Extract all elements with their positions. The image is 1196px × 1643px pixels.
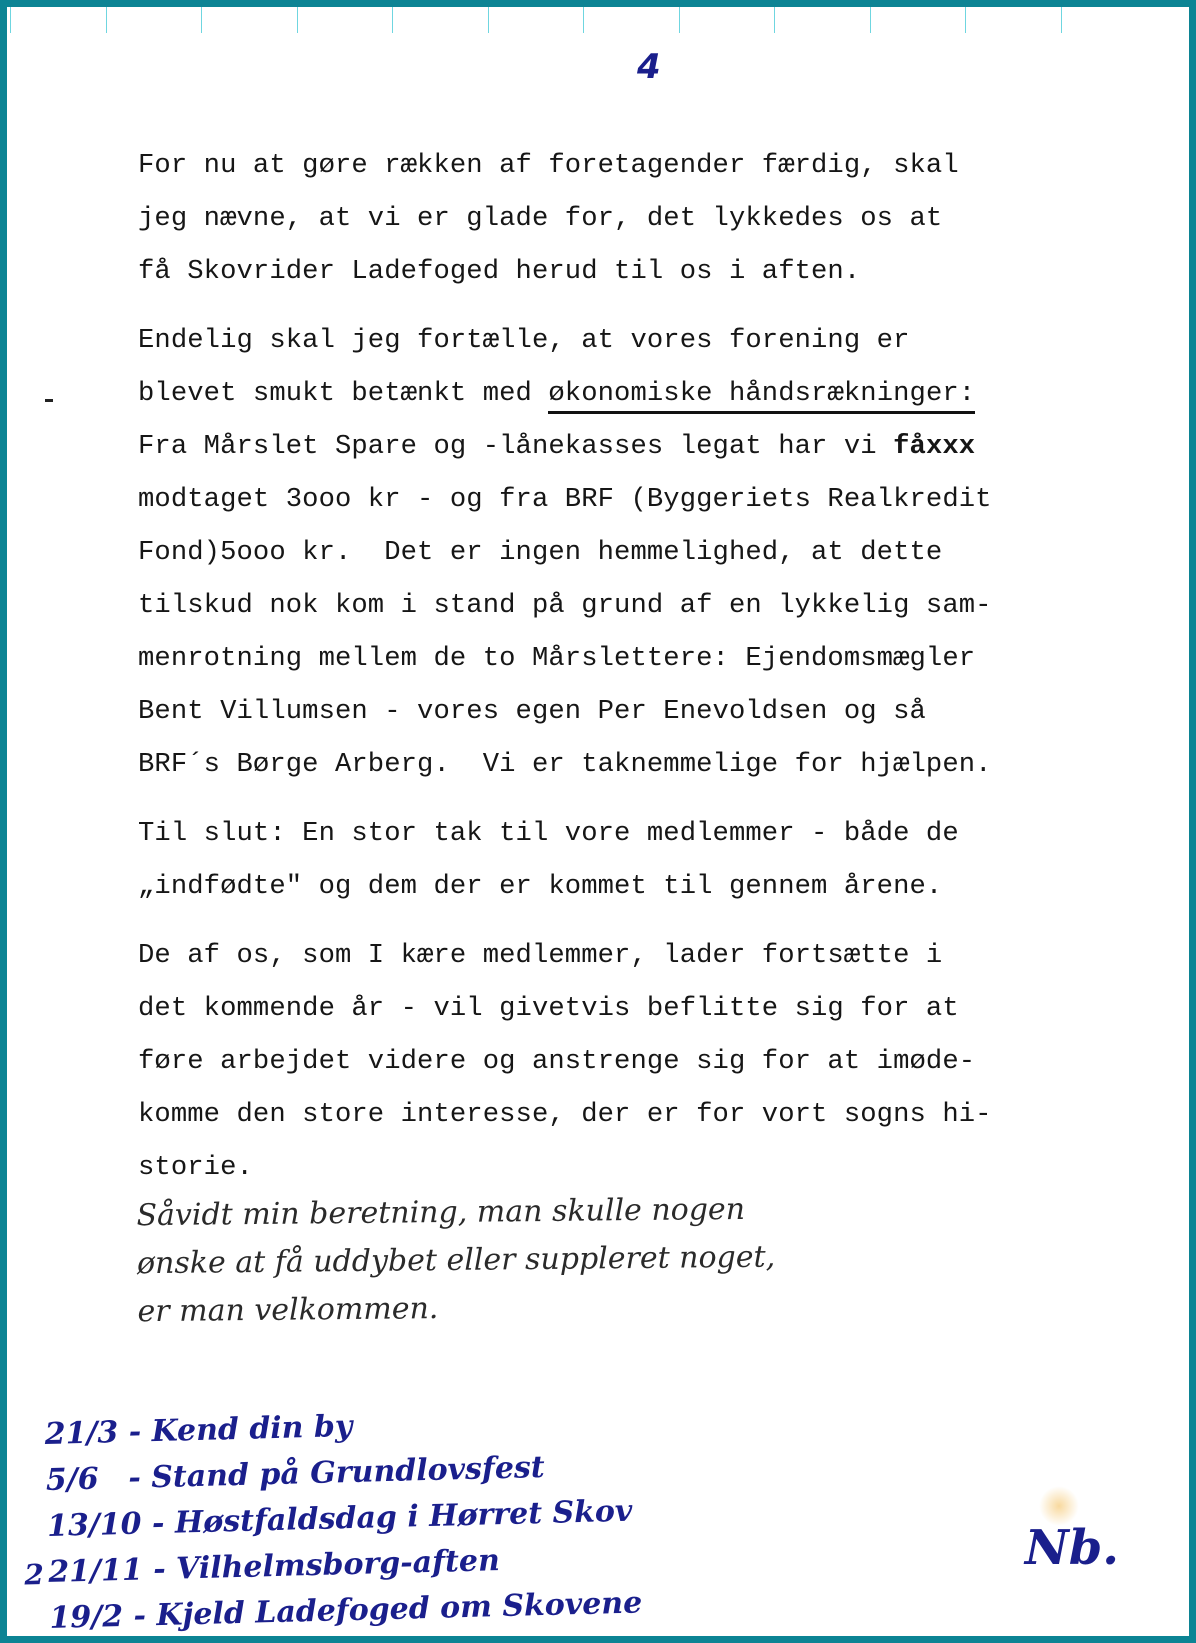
ruler-tick <box>1061 7 1062 33</box>
agenda-date: 21/3 <box>44 1410 119 1458</box>
text-line: Fra Mårslet Spare og -lånekasses legat h… <box>138 420 1138 473</box>
ruler-tick <box>106 7 107 33</box>
handwritten-line: er man velkommen. <box>137 1278 1137 1336</box>
handwritten-agenda: 2 21/3 - Kend din by 5/6 - Stand på Grun… <box>44 1392 810 1642</box>
typed-body: For nu at gøre rækken af foretagender fæ… <box>138 139 1138 1210</box>
signature-initials: Nb. <box>1025 1520 1119 1576</box>
ruler-tick <box>583 7 584 33</box>
text-line: Endelig skal jeg fortælle, at vores fore… <box>138 314 1138 367</box>
paragraph-2: Endelig skal jeg fortælle, at vores fore… <box>138 314 1138 791</box>
text-line: føre arbejdet videre og anstrenge sig fo… <box>138 1035 1138 1088</box>
agenda-text: - Vilhelmsborg-aften <box>153 1543 500 1587</box>
struck-text: fåxxx <box>893 431 975 462</box>
text-line: få Skovrider Ladefoged herud til os i af… <box>138 245 1138 298</box>
text-fragment: blevet smukt betænkt med <box>138 378 548 409</box>
ruler-tick <box>201 7 202 33</box>
paragraph-4: De af os, som I kære medlemmer, lader fo… <box>138 929 1138 1194</box>
agenda-date: 5/6 <box>45 1456 118 1504</box>
ruler-tick <box>965 7 966 33</box>
page-number: 4 <box>637 47 661 87</box>
paragraph-1: For nu at gøre rækken af foretagender fæ… <box>138 139 1138 298</box>
text-line: blevet smukt betænkt med økonomiske hånd… <box>138 367 1138 420</box>
ruler-tick <box>488 7 489 33</box>
text-line: De af os, som I kære medlemmer, lader fo… <box>138 929 1138 982</box>
ruler-tick <box>679 7 680 33</box>
agenda-text: - Kjeld Ladefoged om Skovene <box>133 1585 643 1633</box>
ruler-tick <box>392 7 393 33</box>
agenda-margin-number: 2 <box>24 1558 44 1591</box>
text-line: Bent Villumsen - vores egen Per Enevolds… <box>138 685 1138 738</box>
agenda-text: - Kend din by <box>128 1409 353 1450</box>
text-line: „indfødte" og dem der er kommet til genn… <box>138 860 1138 913</box>
text-line: BRF´s Børge Arberg. Vi er taknemmelige f… <box>138 738 1138 791</box>
underlined-phrase: økonomiske håndsrækninger: <box>548 378 975 414</box>
ruler-tick <box>774 7 775 33</box>
text-line: modtaget 3ooo kr - og fra BRF (Byggeriet… <box>138 473 1138 526</box>
margin-mark <box>45 399 53 402</box>
document-page: 4 For nu at gøre rækken af foretagender … <box>7 7 1189 1636</box>
agenda-date: 21/11 <box>48 1547 144 1595</box>
paragraph-3: Til slut: En stor tak til vore medlemmer… <box>138 807 1138 913</box>
text-line: Fond)5ooo kr. Det er ingen hemmelighed, … <box>138 526 1138 579</box>
text-line: menrotning mellem de to Mårslettere: Eje… <box>138 632 1138 685</box>
ruler-tick <box>10 7 11 33</box>
text-line: jeg nævne, at vi er glade for, det lykke… <box>138 192 1138 245</box>
ruler-tick <box>870 7 871 33</box>
agenda-date: 13/10 <box>47 1501 143 1549</box>
agenda-text: - Stand på Grundlovsfest <box>128 1450 545 1496</box>
text-fragment: Fra Mårslet Spare og -lånekasses legat h… <box>138 431 893 462</box>
text-line: Til slut: En stor tak til vore medlemmer… <box>138 807 1138 860</box>
text-line: komme den store interesse, der er for vo… <box>138 1088 1138 1141</box>
text-line: det kommende år - vil givetvis beflitte … <box>138 982 1138 1035</box>
agenda-text: - Høstfaldsdag i Hørret Skov <box>152 1494 633 1542</box>
text-line: For nu at gøre rækken af foretagender fæ… <box>138 139 1138 192</box>
agenda-date: 19/2 <box>49 1594 124 1642</box>
text-line: tilskud nok kom i stand på grund af en l… <box>138 579 1138 632</box>
scan-ruler-ticks <box>7 7 1189 37</box>
ruler-tick <box>297 7 298 33</box>
handwritten-note: Såvidt min beretning, man skulle nogen ø… <box>136 1182 1137 1336</box>
